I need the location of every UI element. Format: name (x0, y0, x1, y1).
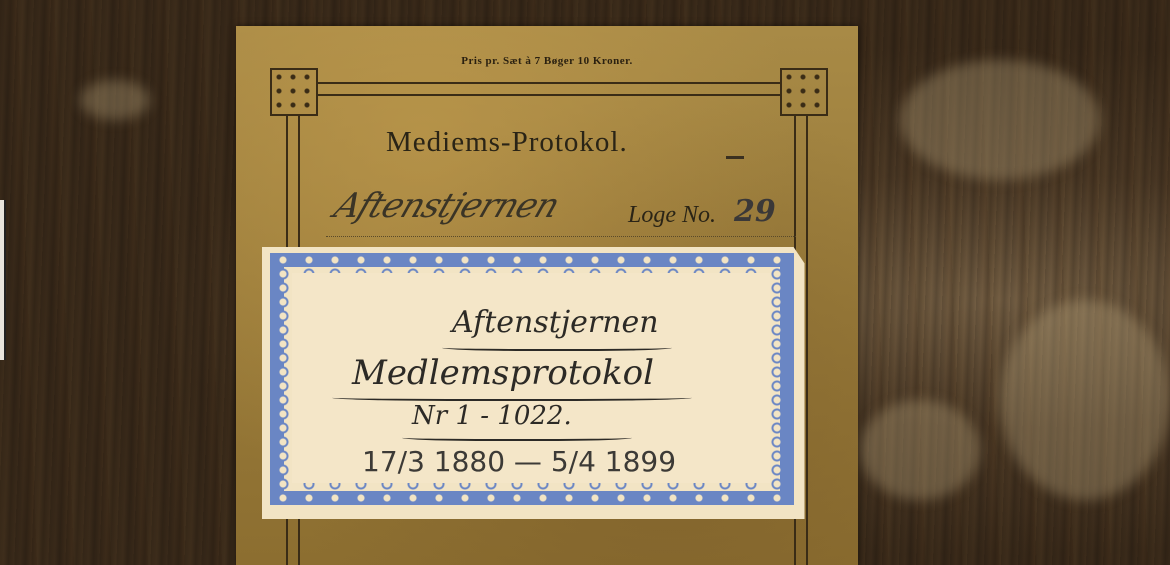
label-line-title: Medlemsprotokol (352, 353, 654, 393)
label-line-dates: 17/3 1880 — 5/4 1899 (362, 445, 676, 478)
underline (402, 433, 632, 441)
label-line-range: Nr 1 - 1022. (412, 401, 572, 431)
loge-label: Loge No. (628, 202, 716, 229)
underline (442, 343, 672, 351)
page-edge (0, 200, 6, 360)
corner-ornament (780, 68, 828, 116)
loge-number: 29 (734, 194, 776, 229)
underline (332, 393, 692, 401)
ledger-title: Mediems-Protokol. (386, 126, 628, 159)
handwritten-lodge-name: Aftenstjernen (329, 186, 565, 226)
corner-ornament (270, 68, 318, 116)
dotted-line (326, 236, 796, 237)
price-line: Pris pr. Sæt à 7 Bøger 10 Kroner. (236, 55, 858, 67)
label-line-lodge: Aftenstjernen (452, 305, 659, 340)
title-dash (726, 156, 744, 159)
label-writing-area: Aftenstjernen Medlemsprotokol Nr 1 - 102… (292, 273, 770, 483)
frame-border (316, 82, 780, 96)
library-label: Aftenstjernen Medlemsprotokol Nr 1 - 102… (262, 247, 810, 519)
